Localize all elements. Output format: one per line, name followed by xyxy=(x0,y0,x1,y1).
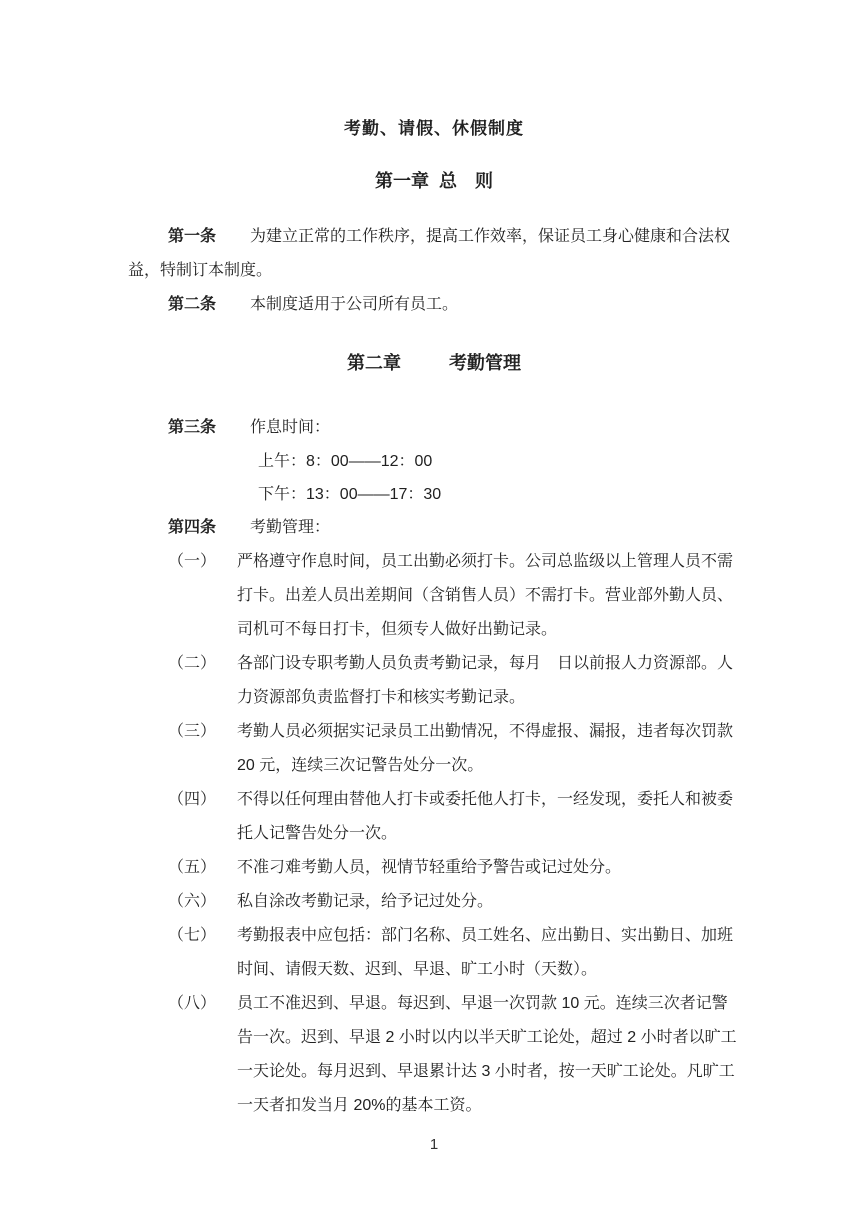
list-item-7-label: （七） xyxy=(168,919,237,987)
list-item-5: （五） 不准刁难考勤人员，视情节轻重给予警告或记过处分。 xyxy=(128,851,740,885)
article-3-text: 作息时间： xyxy=(250,419,330,436)
list-item-2: （二） 各部门设专职考勤人员负责考勤记录，每月 日以前报人力资源部。人力资源部负… xyxy=(128,647,740,715)
document-title: 考勤、请假、休假制度 xyxy=(128,112,740,146)
list-item-8-label: （八） xyxy=(168,987,237,1123)
list-item-6: （六） 私自涂改考勤记录，给予记过处分。 xyxy=(128,885,740,919)
list-item-6-text: 私自涂改考勤记录，给予记过处分。 xyxy=(237,885,740,919)
page-number: 1 xyxy=(0,1136,868,1154)
chapter-2-number: 第二章 xyxy=(347,353,401,373)
list-item-4-label: （四） xyxy=(168,783,237,851)
list-item-3: （三） 考勤人员必须据实记录员工出勤情况，不得虚报、漏报，违者每次罚款 20 元… xyxy=(128,715,740,783)
article-4-label: 第四条 xyxy=(168,519,216,536)
article-1-label: 第一条 xyxy=(168,228,216,245)
chapter-2-name: 考勤管理 xyxy=(449,353,521,373)
attendance-rules-list: （一） 严格遵守作息时间，员工出勤必须打卡。公司总监级以上管理人员不需打卡。出差… xyxy=(128,545,740,1123)
article-2-label: 第二条 xyxy=(168,296,216,313)
list-item-1-text: 严格遵守作息时间，员工出勤必须打卡。公司总监级以上管理人员不需打卡。出差人员出差… xyxy=(237,545,740,647)
list-item-6-label: （六） xyxy=(168,885,237,919)
list-item-5-text: 不准刁难考勤人员，视情节轻重给予警告或记过处分。 xyxy=(237,851,740,885)
article-3-label: 第三条 xyxy=(168,419,216,436)
chapter-1-heading: 第一章总 则 xyxy=(128,164,740,198)
list-item-4-text: 不得以任何理由替他人打卡或委托他人打卡，一经发现，委托人和被委托人记警告处分一次… xyxy=(237,783,740,851)
chapter-1-name: 总 则 xyxy=(439,171,493,191)
list-item-3-label: （三） xyxy=(168,715,237,783)
list-item-2-label: （二） xyxy=(168,647,237,715)
work-hours-morning: 上午：8：00——12：00 xyxy=(128,445,740,478)
list-item-2-text: 各部门设专职考勤人员负责考勤记录，每月 日以前报人力资源部。人力资源部负责监督打… xyxy=(237,647,740,715)
list-item-7-text: 考勤报表中应包括：部门名称、员工姓名、应出勤日、实出勤日、加班时间、请假天数、迟… xyxy=(237,919,740,987)
list-item-1: （一） 严格遵守作息时间，员工出勤必须打卡。公司总监级以上管理人员不需打卡。出差… xyxy=(128,545,740,647)
chapter-2-heading: 第二章考勤管理 xyxy=(128,346,740,380)
article-2-text: 本制度适用于公司所有员工。 xyxy=(250,296,458,313)
list-item-4: （四） 不得以任何理由替他人打卡或委托他人打卡，一经发现，委托人和被委托人记警告… xyxy=(128,783,740,851)
article-4: 第四条考勤管理： xyxy=(128,511,740,545)
article-2: 第二条本制度适用于公司所有员工。 xyxy=(128,288,740,322)
article-1-text: 为建立正常的工作秩序，提高工作效率，保证员工身心健康和合法权益，特制订本制度。 xyxy=(128,228,730,279)
document-content: 考勤、请假、休假制度 第一章总 则 第一条为建立正常的工作秩序，提高工作效率，保… xyxy=(128,112,740,1123)
chapter-1-number: 第一章 xyxy=(375,171,429,191)
list-item-1-label: （一） xyxy=(168,545,237,647)
list-item-5-label: （五） xyxy=(168,851,237,885)
article-4-text: 考勤管理： xyxy=(250,519,330,536)
document-page: 考勤、请假、休假制度 第一章总 则 第一条为建立正常的工作秩序，提高工作效率，保… xyxy=(0,0,868,1227)
work-hours-afternoon: 下午：13：00——17：30 xyxy=(128,478,740,511)
list-item-8: （八） 员工不准迟到、早退。每迟到、早退一次罚款 10 元。连续三次者记警告一次… xyxy=(128,987,740,1123)
list-item-3-text: 考勤人员必须据实记录员工出勤情况，不得虚报、漏报，违者每次罚款 20 元，连续三… xyxy=(237,715,740,783)
list-item-7: （七） 考勤报表中应包括：部门名称、员工姓名、应出勤日、实出勤日、加班时间、请假… xyxy=(128,919,740,987)
article-1: 第一条为建立正常的工作秩序，提高工作效率，保证员工身心健康和合法权益，特制订本制… xyxy=(128,220,740,288)
article-3: 第三条作息时间： xyxy=(128,411,740,445)
list-item-8-text: 员工不准迟到、早退。每迟到、早退一次罚款 10 元。连续三次者记警告一次。迟到、… xyxy=(237,987,740,1123)
